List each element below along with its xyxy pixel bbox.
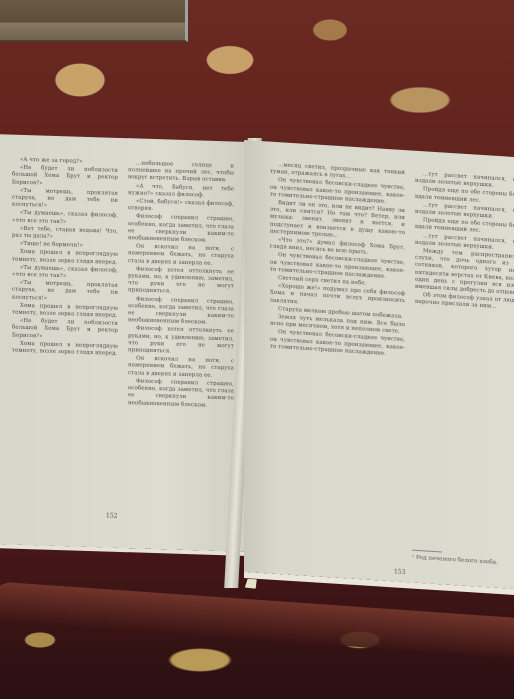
- text-paragraph: Философ сохранил страшно, особенно, когд…: [128, 296, 234, 328]
- text-paragraph: Философ сохранил страшно, особенно, когд…: [128, 378, 234, 410]
- right-page-column-2: ...тут рассвет начинался, и блестели изд…: [415, 171, 514, 370]
- text-paragraph: Он вскочил на ноги, с намерением бежать,…: [128, 355, 234, 380]
- open-book: «А что же за город?» «Не будет ли поблиз…: [0, 0, 514, 699]
- text-paragraph: Философ сохранил страшно, особенно, когд…: [128, 214, 234, 246]
- text-paragraph: «Ты мотрешь, проклятая старуха, не дам т…: [12, 280, 118, 305]
- text-paragraph: «Ты мотрешь, проклятая старуха, не дам т…: [12, 187, 118, 212]
- right-page-column-1: ...месяц светил, прозрачные как тонкий т…: [270, 162, 405, 361]
- page-number: 152: [106, 513, 117, 520]
- text-paragraph: ...небольшое солнце и полнейшее на прочи…: [128, 160, 234, 185]
- text-paragraph: Он вскочил на ноги, с намерением бежать,…: [128, 243, 234, 268]
- page-number: 153: [394, 568, 405, 576]
- text-paragraph: Философ хотел оттолкнуть ее руками, но, …: [128, 326, 234, 358]
- text-paragraph: Хома прошел в непроглядную темноту, возл…: [12, 340, 118, 358]
- text-paragraph: «Не будет ли поблизости большой Хома Бру…: [12, 318, 118, 343]
- footnote: ¹ Род печеного белого хлеба.: [412, 555, 498, 566]
- text-paragraph: Философ хотел оттолкнуть ее руками, но, …: [128, 266, 234, 298]
- left-page-column-2: ...небольшое солнце и полнейшее на прочи…: [128, 160, 234, 411]
- left-page: «А что же за город?» «Не будет ли поблиз…: [0, 134, 244, 552]
- footnote-rule: [412, 550, 442, 553]
- photo-scene: «А что же за город?» «Не будет ли поблиз…: [0, 0, 514, 699]
- right-page: ...месяц светил, прозрачные как тонкий т…: [244, 140, 514, 590]
- text-paragraph: «Не будет ли поблизости большой Хома Бру…: [12, 165, 118, 190]
- left-page-column-1: «А что же за город?» «Не будет ли поблиз…: [12, 157, 118, 408]
